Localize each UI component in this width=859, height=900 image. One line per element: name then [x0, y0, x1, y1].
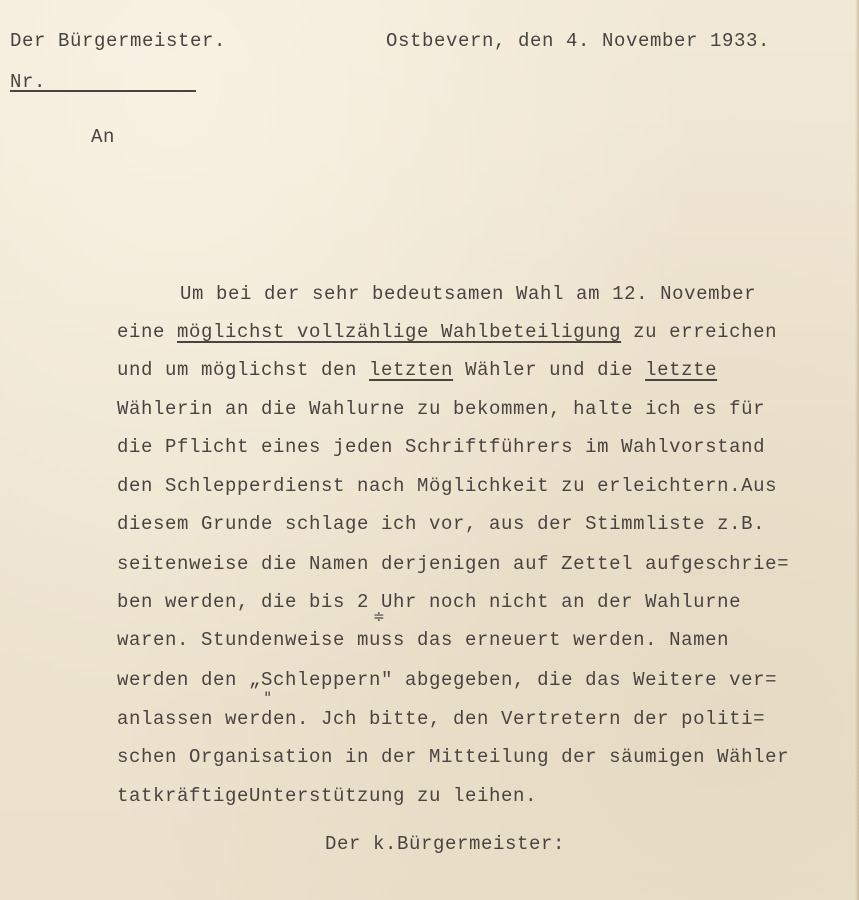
body-line: die Pflicht eines jeden Schriftführers i…: [117, 438, 765, 457]
body-line: und um möglichst den letzten Wähler und …: [117, 361, 717, 380]
reference-number-line: [10, 90, 196, 92]
body-line: schen Organisation in der Mitteilung der…: [117, 748, 789, 767]
body-text-segment: tatkräftigeUnterstützung zu leihen.: [117, 785, 537, 807]
body-text-segment: waren. Stundenweise muss das erneuert we…: [117, 629, 729, 651]
place-date: Ostbevern, den 4. November 1933.: [386, 32, 770, 51]
body-text-segment: Um bei der sehr bedeutsamen Wahl am 12. …: [180, 283, 756, 305]
body-line: den Schlepperdienst nach Möglichkeit zu …: [117, 477, 777, 496]
body-line: eine möglichst vollzählige Wahlbeteiligu…: [117, 323, 777, 342]
body-line: Wählerin an die Wahlurne zu bekommen, ha…: [117, 400, 765, 419]
body-line: ben werden, die bis 2 Uhr noch nicht an …: [117, 593, 741, 612]
body-text-segment: den Schlepperdienst nach Möglichkeit zu …: [117, 475, 777, 497]
body-text-segment: die Pflicht eines jeden Schriftführers i…: [117, 436, 765, 458]
body-line: Um bei der sehr bedeutsamen Wahl am 12. …: [180, 285, 756, 304]
body-line: anlassen werden. Jch bitte, den Vertrete…: [117, 710, 765, 729]
body-text-segment: Wähler und die: [453, 359, 645, 381]
underlined-text: möglichst vollzählige Wahlbeteiligung: [177, 321, 621, 343]
quote-mark: ": [264, 690, 271, 706]
body-text-segment: schen Organisation in der Mitteilung der…: [117, 746, 789, 768]
body-line: tatkräftigeUnterstützung zu leihen.: [117, 787, 537, 806]
body-text-segment: Wählerin an die Wahlurne zu bekommen, ha…: [117, 398, 765, 420]
body-text-segment: ben werden, die bis 2 Uhr noch nicht an …: [117, 591, 741, 613]
body-line: werden den „Schleppern" abgegeben, die d…: [117, 671, 777, 690]
body-text-segment: werden den „Schleppern" abgegeben, die d…: [117, 669, 777, 691]
sender-heading: Der Bürgermeister.: [10, 32, 226, 51]
underlined-text: letzte: [645, 359, 717, 381]
body-text-segment: eine: [117, 321, 177, 343]
body-text-segment: anlassen werden. Jch bitte, den Vertrete…: [117, 708, 765, 730]
body-line: diesem Grunde schlage ich vor, aus der S…: [117, 515, 765, 534]
body-line: seitenweise die Namen derjenigen auf Zet…: [117, 555, 789, 574]
underlined-text: letzten: [369, 359, 453, 381]
body-text-segment: diesem Grunde schlage ich vor, aus der S…: [117, 513, 765, 535]
body-text-segment: zu erreichen: [621, 321, 777, 343]
body-line: waren. Stundenweise muss das erneuert we…: [117, 631, 729, 650]
body-text-segment: und um möglichst den: [117, 359, 369, 381]
insertion-mark: ≑: [373, 610, 385, 624]
signature-line: Der k.Bürgermeister:: [325, 835, 565, 854]
recipient-label: An: [91, 128, 115, 147]
body-text-segment: seitenweise die Namen derjenigen auf Zet…: [117, 553, 789, 575]
